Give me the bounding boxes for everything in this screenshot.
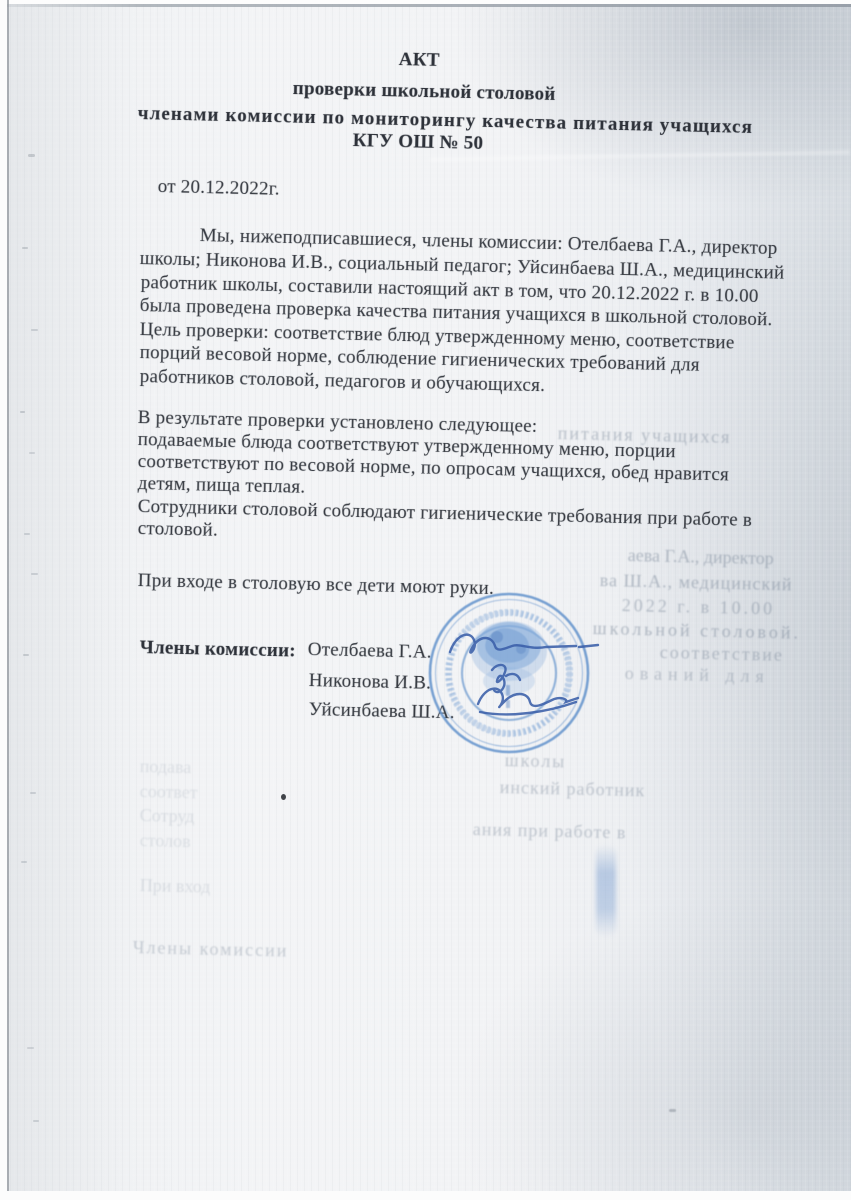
ghost-text: При вход: [140, 876, 211, 896]
ghost-text: Члены комиссии: [133, 938, 289, 960]
scan-edge-bottom: [0, 1191, 851, 1200]
scan-edge-top-line: [0, 4, 851, 7]
scan-speck: [21, 861, 27, 863]
signature-3: [478, 689, 578, 715]
ghost-text: школы: [505, 751, 567, 770]
ghost-text: ований для: [625, 664, 770, 685]
scan-edge-left: [0, 0, 7, 1200]
left-scan-shading: [9, 0, 139, 1200]
scan-speck: [22, 247, 28, 249]
ghost-text: 2022 г. в 10.00: [622, 596, 776, 617]
handwritten-signatures: [400, 560, 660, 780]
doc-school-line: КГУ ОШ № 50: [353, 131, 484, 153]
doc-title: АКТ: [399, 50, 440, 70]
scan-speck: [33, 1120, 39, 1122]
ghost-text: аева Г.А., директор: [628, 546, 774, 567]
body-line: работников столовой, педагогов и обучающ…: [140, 367, 546, 395]
ghost-text: школьной столовой.: [593, 619, 802, 642]
scan-speck: [30, 792, 36, 794]
ghost-text: соответствие: [660, 643, 784, 664]
blue-ink-bleed-smudge: [596, 845, 616, 937]
scan-speck: [29, 452, 35, 454]
ghost-text: столов: [140, 831, 191, 850]
ghost-text: ания при работе в: [473, 820, 627, 841]
scanned-document-page: АКТ проверки школьной столовой членами к…: [0, 0, 851, 1200]
scan-speck: [669, 1109, 676, 1112]
scan-speck: [24, 533, 30, 535]
members-label: Члены комиссии:: [140, 638, 297, 661]
ghost-text: соответ: [140, 782, 198, 801]
doc-subtitle-1: проверки школьной столовой: [293, 79, 556, 104]
scan-speck: [31, 329, 38, 331]
doc-date: от 20.12.2022г.: [158, 177, 280, 199]
ghost-text: питания учащихся: [558, 424, 732, 446]
scan-speck: [28, 154, 35, 157]
ghost-text: инский работник: [500, 778, 646, 799]
ghost-text: Сотруд: [140, 806, 195, 825]
scan-speck: [20, 411, 25, 413]
ghost-text: ва Ш.А., медицинский: [600, 571, 793, 593]
scan-speck: [31, 573, 38, 575]
ink-dot: [281, 794, 286, 800]
body-line: столовой.: [138, 519, 219, 540]
paper-crease: [430, 151, 850, 160]
body-line: Сотрудники столовой соблюдают гигиеничес…: [138, 497, 753, 530]
scan-edge-left-line: [7, 0, 9, 1200]
signature-1: [450, 635, 598, 653]
scan-speck: [27, 1047, 34, 1049]
ghost-text: подава: [140, 757, 192, 776]
body-line: детям, пища теплая.: [138, 474, 306, 497]
scan-speck: [23, 654, 29, 656]
